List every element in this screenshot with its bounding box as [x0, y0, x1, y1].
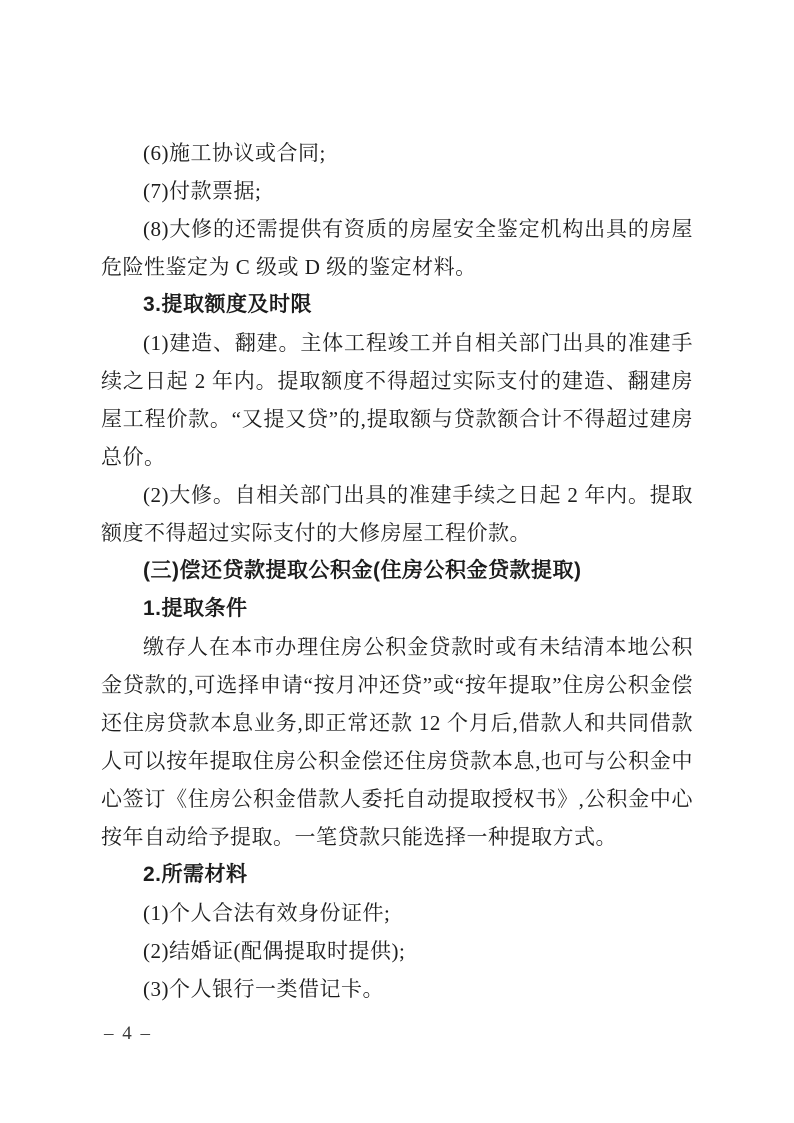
- page-number: – 4 –: [104, 1022, 152, 1046]
- list-item-8: (8)大修的还需提供有资质的房屋安全鉴定机构出具的房屋危险性鉴定为 C 级或 D…: [101, 210, 693, 286]
- list-item-6: (6)施工协议或合同;: [101, 134, 693, 172]
- list-item-1: (1)个人合法有效身份证件;: [101, 894, 693, 932]
- heading-required-materials: 2.所需材料: [101, 856, 693, 894]
- list-item-3: (3)个人银行一类借记卡。: [101, 970, 693, 1008]
- list-item-2: (2)结婚证(配偶提取时提供);: [101, 932, 693, 970]
- para-overhaul: (2)大修。自相关部门出具的准建手续之日起 2 年内。提取额度不得超过实际支付的…: [101, 476, 693, 552]
- heading-withdrawal-conditions: 1.提取条件: [101, 590, 693, 628]
- document-body: (6)施工协议或合同; (7)付款票据; (8)大修的还需提供有资质的房屋安全鉴…: [101, 134, 693, 1008]
- document-page: (6)施工协议或合同; (7)付款票据; (8)大修的还需提供有资质的房屋安全鉴…: [0, 0, 794, 1123]
- list-item-7: (7)付款票据;: [101, 172, 693, 210]
- heading-withdrawal-quota: 3.提取额度及时限: [101, 286, 693, 324]
- heading-section-three: (三)偿还贷款提取公积金(住房公积金贷款提取): [101, 552, 693, 590]
- para-conditions-detail: 缴存人在本市办理住房公积金贷款时或有未结清本地公积金贷款的,可选择申请“按月冲还…: [101, 628, 693, 856]
- para-build-rebuild: (1)建造、翻建。主体工程竣工并自相关部门出具的准建手续之日起 2 年内。提取额…: [101, 324, 693, 476]
